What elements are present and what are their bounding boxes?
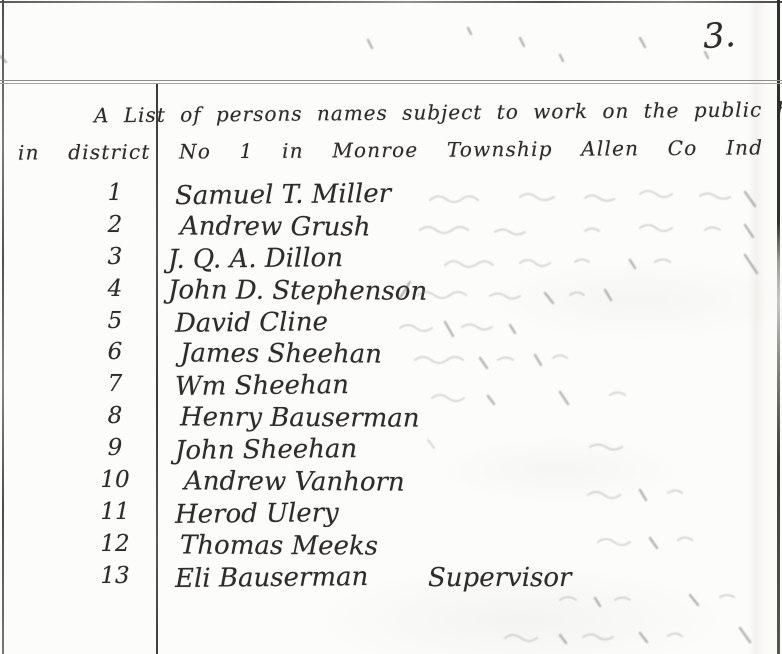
list-row: 2Andrew Grush [0,212,782,244]
header-double-rule [0,80,782,84]
heading-line-2: in district No 1 in Monroe Township Alle… [18,135,763,164]
list-row: 5David Cline [0,308,782,340]
row-name: Eli Bauserman [175,562,369,594]
row-number: 9 [86,435,144,461]
row-name: Samuel T. Miller [175,179,391,211]
row-name: Herod Ulery [175,498,339,530]
row-number: 2 [86,212,144,238]
list-row: 11Herod Ulery [0,499,782,531]
heading-line-1: A List of persons names subject to work … [94,97,782,128]
row-number: 10 [86,467,144,493]
row-number: 5 [86,308,144,334]
list-row: 8Henry Bauserman [0,403,782,435]
row-number: 8 [86,403,144,429]
row-name: J. Q. A. Dillon [168,243,343,275]
row-number: 12 [86,531,144,557]
list-row: 6James Sheehan [0,339,782,371]
list-row: 12Thomas Meeks [0,531,782,563]
row-number: 4 [86,276,144,302]
row-name: Andrew Vanhorn [184,466,405,497]
row-number: 1 [86,180,144,206]
row-number: 3 [86,244,144,270]
roster-list: 1Samuel T. Miller2Andrew Grush3J. Q. A. … [0,180,782,595]
list-row: 7Wm Sheehan [0,371,782,403]
row-number: 11 [86,499,144,525]
row-name: Andrew Grush [180,211,371,242]
row-name: John Sheehan [175,434,357,466]
list-row: 13Eli BausermanSupervisor [0,563,782,595]
list-row: 3J. Q. A. Dillon [0,244,782,276]
row-name: Wm Sheehan [175,370,349,402]
row-name: Henry Bauserman [180,403,420,434]
row-number: 7 [86,371,144,397]
list-row: 10Andrew Vanhorn [0,467,782,499]
row-number: 13 [86,563,144,589]
list-row: 9John Sheehan [0,435,782,467]
list-row: 1Samuel T. Miller [0,180,782,212]
list-row: 4John D. Stephenson [0,276,782,308]
row-number: 6 [86,339,144,365]
row-name: John D. Stephenson [168,275,427,306]
row-name: Thomas Meeks [180,530,378,561]
page-number: 3. [702,15,737,57]
row-note: Supervisor [428,563,571,593]
row-name: James Sheehan [180,339,382,370]
top-scan-border [0,1,782,3]
scanned-document-page: 3. A List of persons names subject to wo… [0,0,782,654]
row-name: David Cline [175,307,328,339]
